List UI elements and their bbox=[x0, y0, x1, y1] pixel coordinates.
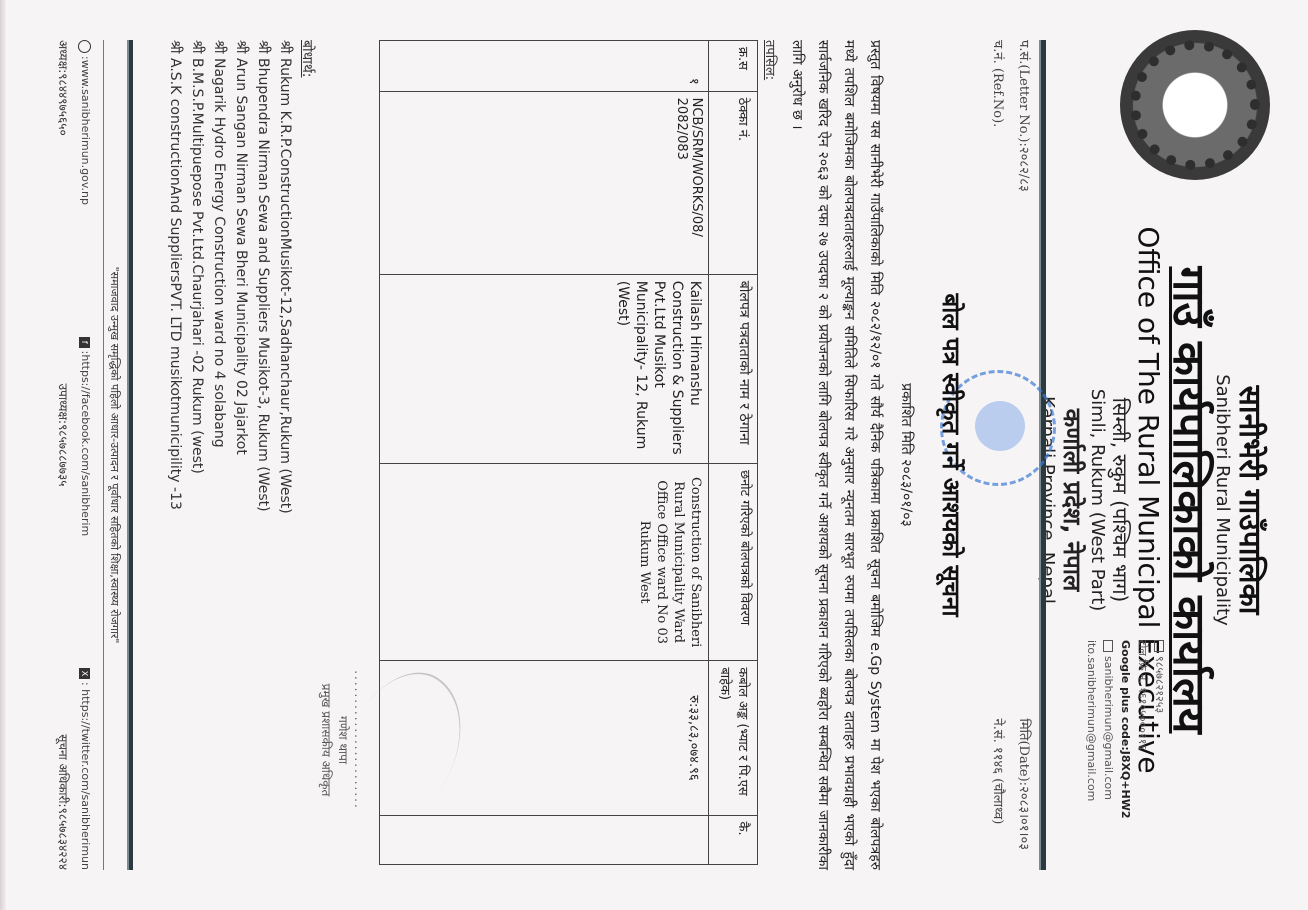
municipality-name-np: सानीभेरी गाउँपालिका bbox=[1232, 200, 1266, 800]
cc-label: बोधार्थ: bbox=[296, 40, 318, 514]
office-name-np: गाउँ कार्यपालिकाको कार्यालय bbox=[1164, 200, 1212, 800]
notice-document: सानीभेरी गाउँपालिका Sanibheri Rural Muni… bbox=[0, 0, 1308, 910]
cc-list: बोधार्थ: श्री Rukum K.R.P.ConstructionMu… bbox=[164, 40, 318, 514]
notice-body: प्रस्तुत विषयमा यस सानीभेरी गाउँपालिकाको… bbox=[784, 40, 888, 870]
letter-meta: प.सं.(Letter No.):२०८२/८३ च.नं. (Ref.No)… bbox=[984, 40, 1036, 192]
list-item: श्री A.S.K constructionAnd SuppliersPVT.… bbox=[164, 40, 186, 514]
col-sn: क्र.स bbox=[709, 41, 758, 92]
date-meta: मिति(Date):२०८३।०१।०३ ने.सं. ११४६ (चौलाथ… bbox=[984, 719, 1036, 850]
facebook-icon: f bbox=[80, 337, 91, 348]
list-item: श्री B.M.S.P.Multipuepose Pvt.Ltd.Chaurj… bbox=[186, 40, 208, 514]
x-twitter-icon: X bbox=[80, 668, 91, 679]
website-link[interactable]: :www.sanibherimun.gov.np bbox=[79, 56, 92, 205]
cell-sn: १ bbox=[380, 41, 709, 92]
signature-block: ........................ गणेश थापा प्रमु… bbox=[318, 630, 366, 850]
phone-number: ९८५७८२१२५३ bbox=[1153, 656, 1166, 713]
email-primary[interactable]: sanibherimun@gmail.com bbox=[1102, 656, 1115, 800]
nepal-emblem-icon bbox=[1120, 30, 1270, 180]
list-item: श्री Rukum K.R.P.ConstructionMusikot-12,… bbox=[274, 40, 296, 514]
list-item: श्री Bhupendra Nirman Sewa and Suppliers… bbox=[252, 40, 274, 514]
municipality-name-en: Sanibheri Rural Municipality bbox=[1212, 200, 1232, 800]
info-officer-phone: सूचना अधिकारी:९८५७८३४२२४ bbox=[55, 734, 72, 870]
letter-date: मिति(Date):२०८३।०१।०३ bbox=[1010, 719, 1036, 850]
globe-icon bbox=[79, 40, 92, 53]
page-edge bbox=[0, 0, 6, 910]
published-date: प्रकाशित मिति २०८३/०१/०३ bbox=[897, 0, 916, 910]
col-description: छनोट गरिएको बोलपत्रको विवरण bbox=[709, 463, 758, 660]
col-bidder: बोलपत्र पत्रदाताको नाम र ठेगाना bbox=[709, 274, 758, 463]
list-item: श्री Arun Sangan Nirman Sewa Bheri Munic… bbox=[230, 40, 252, 514]
footer-divider-thin bbox=[103, 40, 104, 870]
signatory-designation: प्रमुख प्रशासकीय अधिकृत bbox=[318, 630, 335, 850]
twitter-link[interactable]: : https://twitter.com/sanibherimun bbox=[79, 682, 92, 870]
province-np: कर्णाली प्रदेश, नेपाल bbox=[1058, 200, 1086, 800]
tapasil-label: तपसिल: bbox=[762, 40, 780, 80]
footer-phones: अध्यक्ष:९८४४९७५६५० उपाध्यक्ष:९८५७८८७७३५ … bbox=[55, 40, 72, 870]
col-remarks: कै. bbox=[709, 815, 758, 865]
nepal-sambat-date: ने.सं. ११४६ (चौलाथ्व) bbox=[984, 719, 1010, 850]
facebook-link[interactable]: :https://facebook.com/sanibherim bbox=[79, 351, 92, 537]
cell-description: Construction of Sanibheri Rural Municipa… bbox=[380, 463, 709, 660]
footer-divider bbox=[127, 40, 133, 870]
chairperson-phone: अध्यक्ष:९८४४९७५६५० bbox=[55, 40, 72, 136]
vice-chair-phone: उपाध्यक्ष:९८५७८८७७३५ bbox=[55, 383, 72, 486]
list-item: श्री Nagarik Hydro Energy Construction w… bbox=[208, 40, 230, 514]
col-contract-no: ठेक्का नं. bbox=[709, 91, 758, 274]
footer-links: :www.sanibherimun.gov.np f:https://faceb… bbox=[74, 40, 96, 870]
cell-contract-no: NCB/SRM/WORKS/08/ 2082/083 bbox=[380, 91, 709, 274]
col-amount: कबोल अङ्क (भ्याट र पि.एस बाहेक) bbox=[709, 661, 758, 815]
table-header-row: क्र.स ठेक्का नं. बोलपत्र पत्रदाताको नाम … bbox=[709, 41, 758, 865]
letter-number: प.सं.(Letter No.):२०८२/८३ bbox=[1010, 40, 1036, 192]
document-frame: सानीभेरी गाउँपालिका Sanibheri Rural Muni… bbox=[0, 0, 1308, 910]
footer-slogan: "समाजवाद उन्मुख समृद्धिको पहिलो आधार-उत्… bbox=[107, 0, 122, 910]
mail-icon bbox=[1103, 640, 1113, 652]
contact-block: ९८५७८२१२५३ टोल फ्रि नं. १६१०५०००११६ Goog… bbox=[1083, 640, 1168, 900]
plus-code: Google plus code:J8XQ+HW2 bbox=[1117, 640, 1134, 900]
cell-bidder: Kailash Himanshu Construction & Supplier… bbox=[380, 274, 709, 463]
notice-title: बोल पत्र स्वीकृत गर्ने आशयको सूचना bbox=[935, 0, 968, 910]
phone-icon bbox=[1154, 640, 1164, 652]
toll-free: टोल फ्रि नं. १६१०५०००११६ bbox=[1134, 640, 1151, 900]
email-info-officer[interactable]: ito.sanibherimun@gmail.com bbox=[1083, 640, 1100, 900]
reference-number: च.नं. (Ref.No). bbox=[984, 40, 1010, 192]
cell-remarks bbox=[380, 815, 709, 865]
